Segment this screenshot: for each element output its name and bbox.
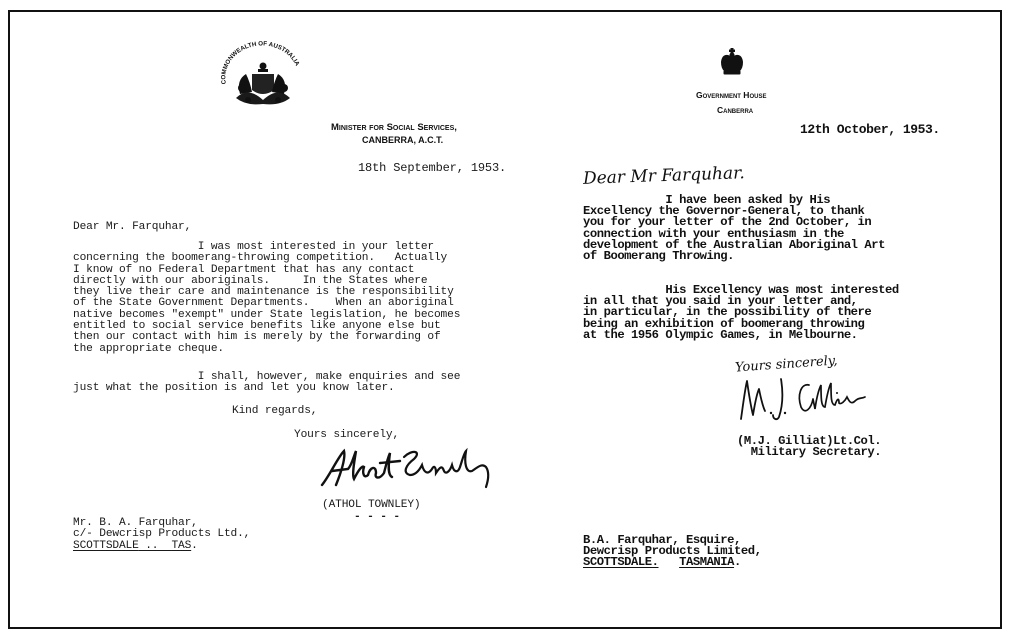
right-paragraph1-line: of Boomerang Throwing.: [583, 251, 885, 262]
address-state: TASMANIA: [679, 555, 734, 569]
paragraph-1: I have been asked by HisExcellency the G…: [583, 195, 885, 262]
signatory-name: (ATHOL TOWNLEY): [322, 500, 420, 511]
address-line-3: SCOTTSDALE. TASMANIA.: [583, 557, 741, 568]
letter-date: 18th September, 1953.: [358, 163, 506, 174]
letterhead-location: Canberra: [717, 105, 753, 115]
letterhead-title: Minister for Social Services,: [331, 122, 457, 133]
letterhead-location: CANBERRA, A.C.T.: [362, 135, 443, 145]
closing-yours-sincerely: Yours sincerely,: [294, 430, 399, 441]
signatory-rule: - - - -: [354, 512, 400, 523]
left-paragraph1-line: the appropriate cheque.: [73, 344, 460, 355]
address-city: SCOTTSDALE: [73, 540, 139, 552]
address-state: TAS: [171, 540, 191, 552]
signatory-line-2: Military Secretary.: [737, 447, 881, 458]
signature-gilliat: [735, 375, 885, 425]
paragraph-2: I shall, however, make enquiries and see…: [73, 372, 460, 395]
closing-kind-regards: Kind regards,: [232, 406, 317, 417]
address-separator: ..: [139, 540, 172, 552]
commonwealth-coat-of-arms-icon: COMMONWEALTH OF AUSTRALIA: [218, 42, 304, 108]
salutation: Dear Mr. Farquhar,: [73, 222, 191, 233]
paragraph-1: I was most interested in your letterconc…: [73, 242, 460, 355]
letter-date: 12th October, 1953.: [800, 124, 940, 135]
left-paragraph1-line: concerning the boomerang-throwing compet…: [73, 253, 460, 264]
address-line-3: SCOTTSDALE .. TAS.: [73, 541, 198, 552]
paragraph-2: His Excellency was most interestedin all…: [583, 285, 899, 341]
signature-athol-townley: [318, 445, 498, 495]
crown-icon: [719, 48, 745, 76]
letterhead-title: Government House: [696, 90, 766, 100]
address-line-2: c/- Dewcrisp Products Ltd.,: [73, 529, 250, 540]
address-separator: [659, 555, 680, 569]
left-paragraph1-line: then our contact with him is merely by t…: [73, 332, 460, 343]
left-paragraph2-line: just what the position is and let you kn…: [73, 383, 460, 394]
right-paragraph2-line: at the 1956 Olympic Games, in Melbourne.: [583, 330, 899, 341]
address-city: SCOTTSDALE.: [583, 555, 659, 569]
